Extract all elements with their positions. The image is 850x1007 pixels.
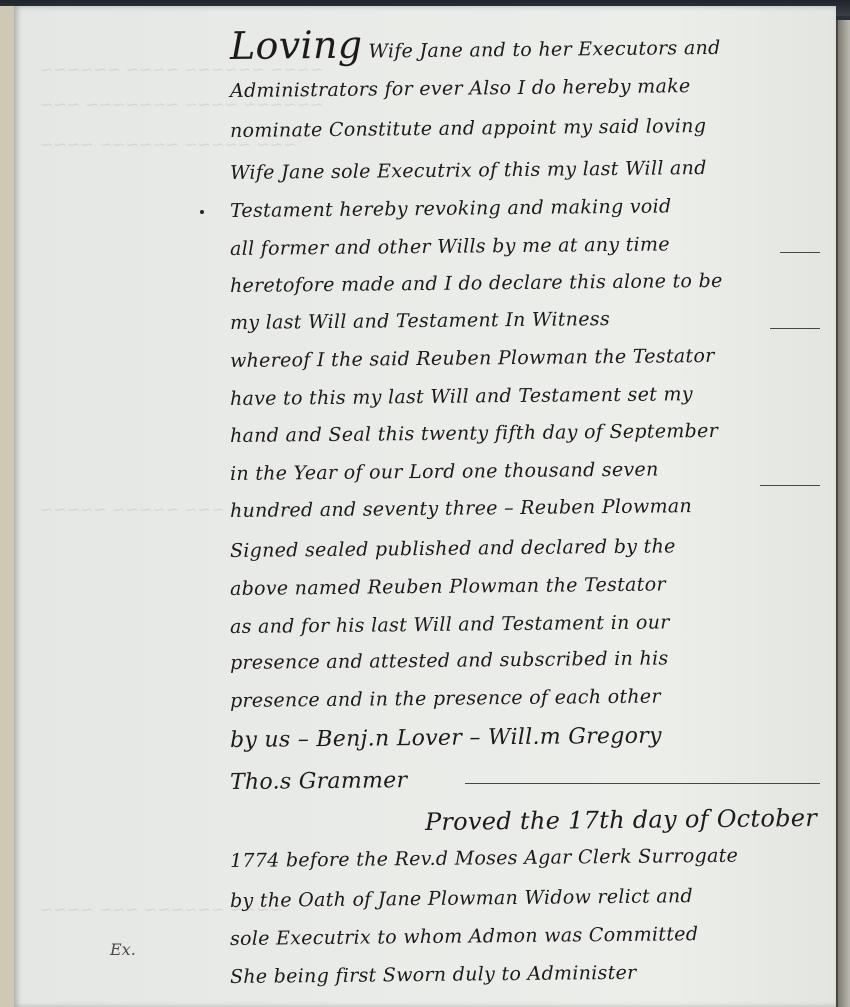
margin-tick <box>200 210 204 214</box>
line-filler-dash <box>465 783 820 784</box>
line-filler-dash <box>770 328 820 329</box>
text-line-1: LovingWife Jane and to her Executors and <box>230 18 830 68</box>
margin-note: Ex. <box>110 940 136 959</box>
page-stack-edge <box>836 20 850 1007</box>
line-filler-dash <box>760 485 820 486</box>
first-word: Loving <box>230 23 363 68</box>
probate-heading: Proved the 17th day of October <box>425 804 825 836</box>
line-filler-dash <box>780 252 820 253</box>
